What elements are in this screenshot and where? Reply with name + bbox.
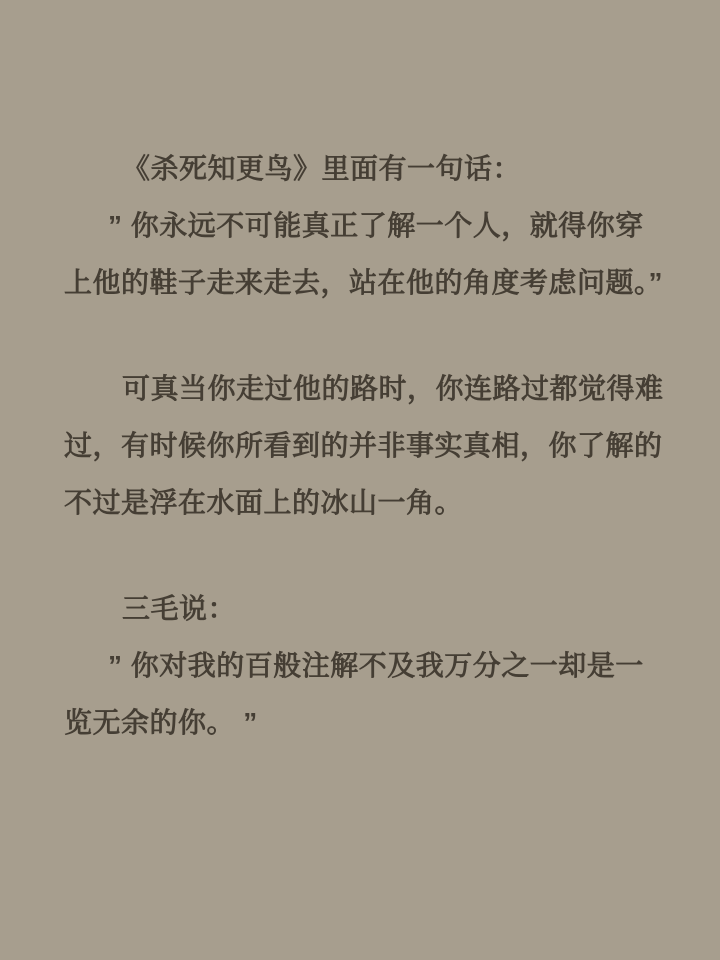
quote-text-block: 《杀死知更鸟》里面有一句话：” 你永远不可能真正了解一个人，就得你穿上他的鞋子走… xyxy=(64,140,662,751)
text-line: ” 你永远不可能真正了解一个人，就得你穿 xyxy=(64,197,662,254)
paragraph-book-quote: ” 你永远不可能真正了解一个人，就得你穿上他的鞋子走来走去，站在他的角度考虑问题… xyxy=(64,197,662,311)
text-line: 不过是浮在水面上的冰山一角。 xyxy=(64,474,662,531)
text-line: 《杀死知更鸟》里面有一句话： xyxy=(64,140,662,197)
paragraph-sanmao-quote: ” 你对我的百般注解不及我万分之一却是一览无余的你。 ” xyxy=(64,637,662,751)
text-line: 可真当你走过他的路时，你连路过都觉得难 xyxy=(64,360,662,417)
quote-card-page: 《杀死知更鸟》里面有一句话：” 你永远不可能真正了解一个人，就得你穿上他的鞋子走… xyxy=(0,0,720,960)
text-line: 上他的鞋子走来走去，站在他的角度考虑问题。” xyxy=(64,254,662,311)
paragraph-sanmao-intro: 三毛说： xyxy=(64,580,662,637)
text-line: 三毛说： xyxy=(64,580,662,637)
text-line: ” 你对我的百般注解不及我万分之一却是一 xyxy=(64,637,662,694)
text-line: 览无余的你。 ” xyxy=(64,694,662,751)
paragraph-commentary: 可真当你走过他的路时，你连路过都觉得难过，有时候你所看到的并非事实真相，你了解的… xyxy=(64,360,662,531)
paragraph-book-quote-intro: 《杀死知更鸟》里面有一句话： xyxy=(64,140,662,197)
text-line: 过，有时候你所看到的并非事实真相，你了解的 xyxy=(64,417,662,474)
